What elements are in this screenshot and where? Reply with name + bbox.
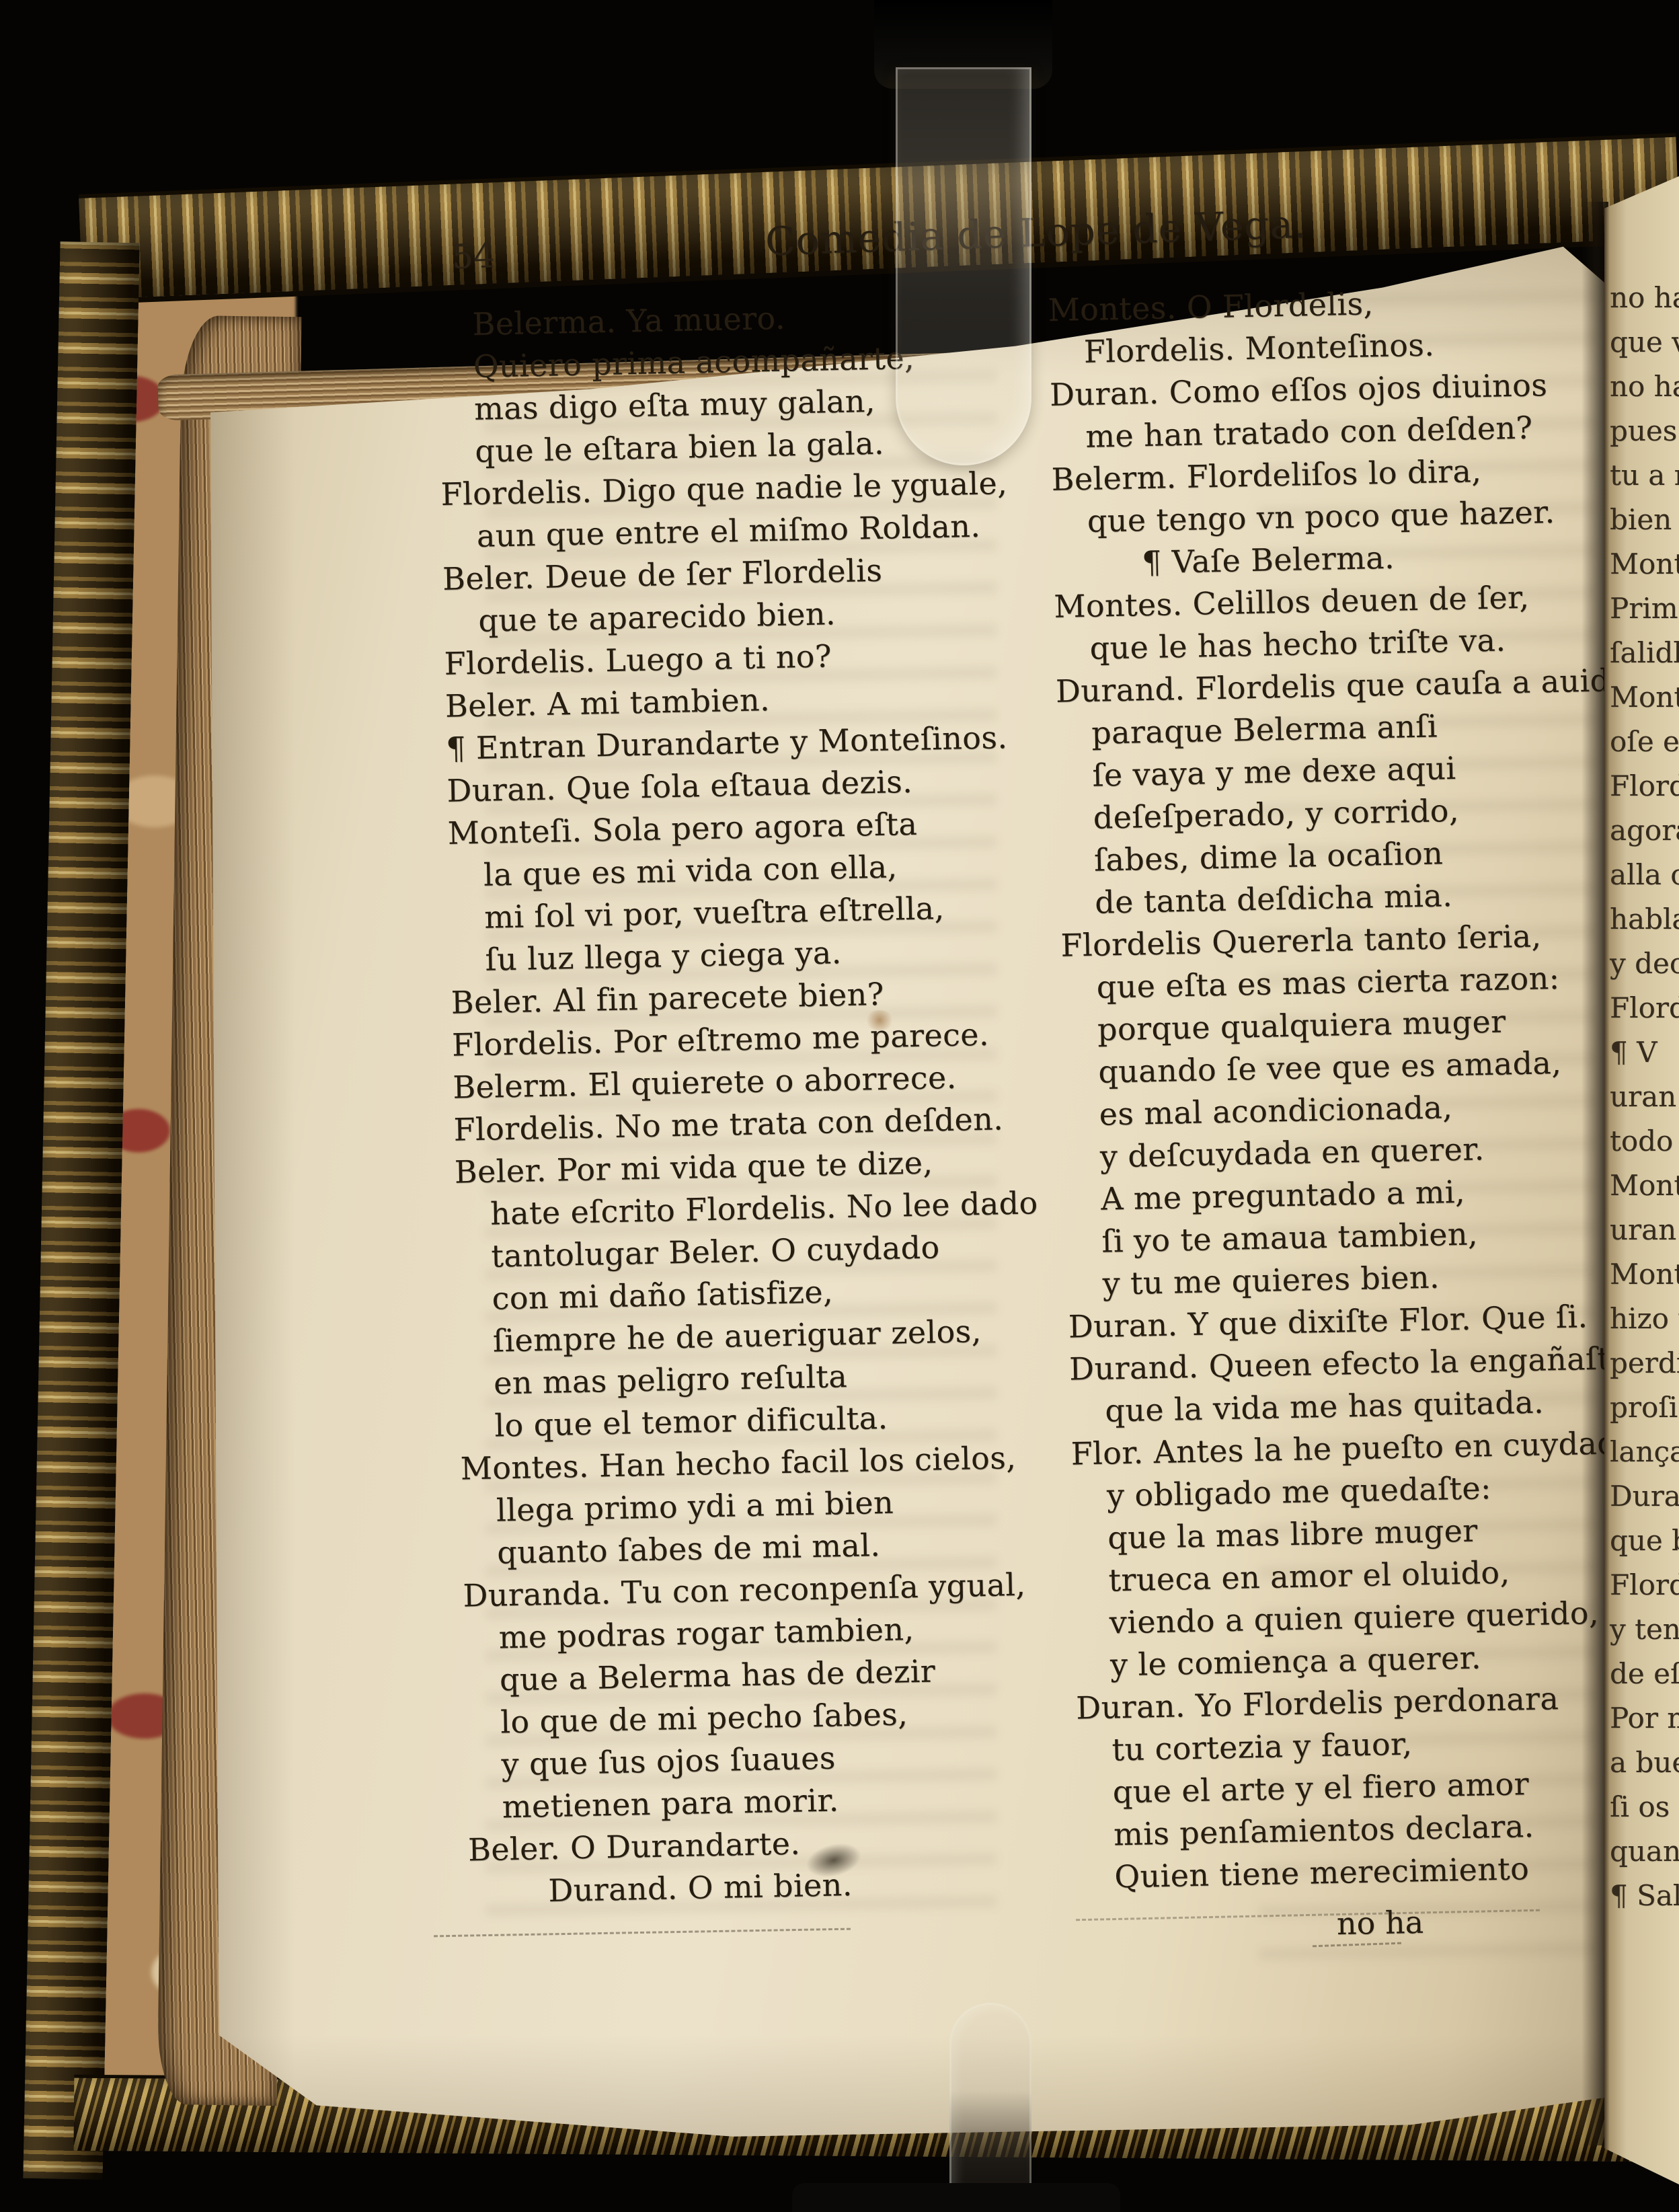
verse-column-right: Montes. O Flordelis,Flordelis. Monteſino…	[1048, 278, 1656, 1899]
edge-fragment-line: oſe en que	[1610, 720, 1679, 764]
edge-fragment-line: ¶ V	[1610, 1030, 1679, 1075]
edge-fragment-line: uran. En eſtr	[1610, 1075, 1679, 1119]
next-page-edge: no ha de amque vna ſenzno ha meneſpues y…	[1604, 176, 1679, 2184]
edge-fragment-line: Monteſinos Me	[1610, 1164, 1679, 1208]
edge-fragment-line: tu a mi Flo	[1610, 453, 1679, 498]
edge-fragment-line: Primo, mal	[1610, 586, 1679, 631]
edge-fragment-line: uran. Pues er	[1610, 1208, 1679, 1252]
edge-fragment-line: perdido eſto	[1610, 1341, 1679, 1385]
verse-column-left: Belerma. Ya muero.Quiero prima acompañar…	[437, 293, 1052, 1914]
folio-number: 54	[451, 236, 496, 276]
edge-fragment-line: Flordelis. Con	[1610, 986, 1679, 1030]
edge-fragment-line: alla os ruego	[1610, 853, 1679, 897]
edge-fragment-line: Por mi vid	[1610, 1696, 1679, 1741]
edge-fragment-line: Flordelis	[1610, 1563, 1679, 1607]
edge-fragment-line: de eſtar co	[1610, 1652, 1679, 1696]
edge-fragment-line: no ha de am	[1610, 276, 1679, 320]
edge-fragment-line: hizo tan gr	[1610, 1297, 1679, 1341]
edge-fragment-line: todo reſulta	[1610, 1119, 1679, 1164]
paper-stain	[864, 1010, 895, 1030]
edge-fragment-line: Monteſinos	[1610, 542, 1679, 586]
edge-fragment-line: bien puedo f	[1610, 498, 1679, 542]
next-page-fragments: no ha de amque vna ſenzno ha meneſpues y…	[1610, 276, 1679, 1918]
edge-fragment-line: quando co	[1610, 1829, 1679, 1874]
edge-fragment-line: lançada	[1610, 1430, 1679, 1474]
edge-fragment-line: que bien cre	[1610, 1519, 1679, 1563]
edge-fragment-line: Flordeli	[1610, 764, 1679, 808]
page-holder-acrylic-finger-bottom	[949, 2003, 1031, 2212]
page-holder-acrylic-finger-top	[896, 67, 1031, 465]
edge-fragment-line: no ha meneſ	[1610, 365, 1679, 409]
edge-fragment-line: hablarla ſi	[1610, 897, 1679, 942]
edge-fragment-line: a buen pue	[1610, 1741, 1679, 1785]
book-photo-scene: 54 Comedia de Lope de Vega. Belerma. Ya …	[0, 0, 1679, 2212]
edge-fragment-line: Durand. De m	[1610, 1474, 1679, 1519]
edge-fragment-line: proſi no	[1610, 1385, 1679, 1430]
edge-fragment-line: Montes. Soys n	[1610, 675, 1679, 720]
edge-fragment-line: y tendreys	[1610, 1607, 1679, 1652]
edge-fragment-line: que vna ſenz	[1610, 320, 1679, 365]
edge-fragment-line: ſalidla luego	[1610, 631, 1679, 675]
edge-fragment-line: ſi os tengo	[1610, 1785, 1679, 1829]
edge-fragment-line: agora en alg	[1610, 808, 1679, 853]
edge-fragment-line: Montes. Aque	[1610, 1252, 1679, 1297]
edge-fragment-line: pues yo te	[1610, 409, 1679, 453]
page-holder-clamp-bottom	[792, 2183, 1120, 2212]
edge-fragment-line: y declarad le	[1610, 942, 1679, 986]
catchword: no ha	[1337, 1904, 1424, 1942]
edge-fragment-line: ¶ Salen Ro	[1610, 1874, 1679, 1918]
